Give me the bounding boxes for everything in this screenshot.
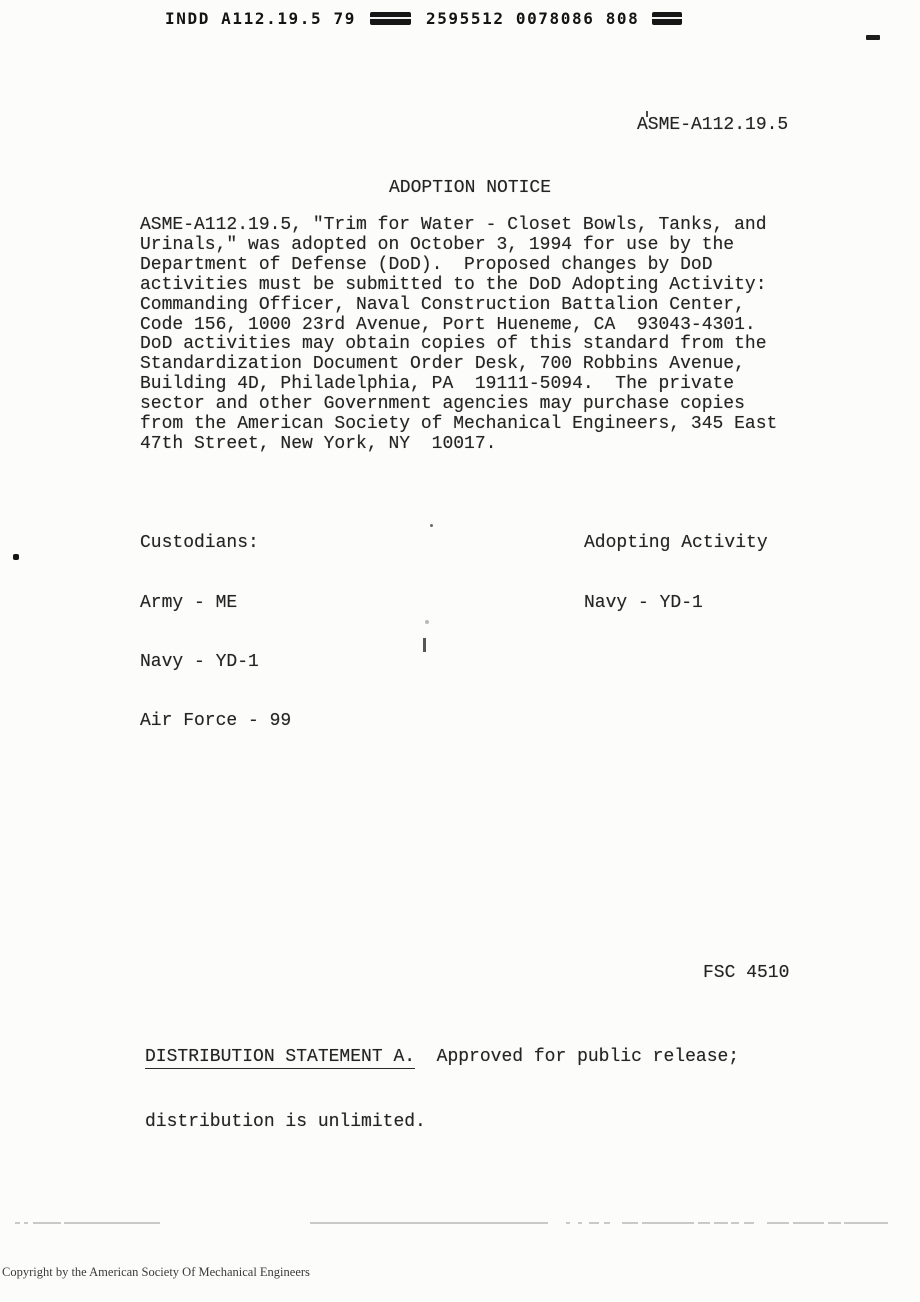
- custodians-heading: Custodians:: [140, 534, 291, 554]
- distribution-statement-label: DISTRIBUTION STATEMENT A.: [145, 1047, 415, 1069]
- rule-segment: [744, 1222, 754, 1224]
- rule-segment: [714, 1222, 728, 1224]
- scan-artifact-mark: [423, 638, 426, 652]
- rule-segment: [589, 1222, 599, 1224]
- rule-segment: [731, 1222, 739, 1224]
- rule-segment: [566, 1222, 570, 1224]
- rule-segment: [310, 1222, 548, 1224]
- rule-segment: [24, 1222, 28, 1224]
- custodian-item: Air Force - 99: [140, 712, 291, 732]
- scanned-document-page: INDD A112.19.5 79 2595512 0078086 808 AS…: [0, 0, 920, 1302]
- distribution-statement: DISTRIBUTION STATEMENT A. Approved for p…: [145, 1003, 739, 1177]
- scan-artifact-dot: [13, 554, 19, 560]
- rule-segment: [33, 1222, 61, 1224]
- custodians-block: Custodians: Army - ME Navy - YD-1 Air Fo…: [140, 495, 291, 771]
- distribution-statement-line2: distribution is unlimited.: [145, 1112, 739, 1134]
- scan-barcode-mark-icon: [652, 12, 682, 25]
- scan-header-strip: INDD A112.19.5 79 2595512 0078086 808: [165, 9, 682, 28]
- distribution-statement-rest: Approved for public release;: [415, 1047, 739, 1067]
- distribution-statement-line1: DISTRIBUTION STATEMENT A. Approved for p…: [145, 1047, 739, 1069]
- rule-segment: [622, 1222, 638, 1224]
- adopting-activity-block: Adopting Activity Navy - YD-1: [584, 495, 768, 653]
- scan-artifact-dot: [425, 620, 429, 624]
- custodian-item: Navy - YD-1: [140, 653, 291, 673]
- rule-segment: [578, 1222, 582, 1224]
- rule-segment: [64, 1222, 160, 1224]
- rule-segment: [828, 1222, 841, 1224]
- custodian-item: Army - ME: [140, 594, 291, 614]
- scan-artifact-dot: [430, 524, 433, 527]
- scan-artifact-tick: [646, 111, 648, 117]
- fsc-code: FSC 4510: [703, 963, 789, 983]
- rule-segment: [698, 1222, 710, 1224]
- adopting-activity-heading: Adopting Activity: [584, 534, 768, 554]
- rule-segment: [793, 1222, 824, 1224]
- scan-barcode-mark-icon: [370, 12, 411, 25]
- rule-segment: [604, 1222, 610, 1224]
- scan-artifact-dash: [866, 35, 880, 40]
- document-number: ASME-A112.19.5: [637, 115, 788, 135]
- rule-segment: [15, 1222, 20, 1224]
- copyright-line: Copyright by the American Society Of Mec…: [2, 1265, 310, 1280]
- adoption-notice-body: ASME-A112.19.5, "Trim for Water - Closet…: [140, 216, 777, 455]
- scan-header-numbers: 2595512 0078086 808: [426, 9, 639, 28]
- rule-segment: [767, 1222, 789, 1224]
- rule-segment: [642, 1222, 694, 1224]
- scan-header-code: INDD A112.19.5 79: [165, 9, 356, 28]
- adopting-activity-item: Navy - YD-1: [584, 594, 768, 614]
- page-title: ADOPTION NOTICE: [389, 178, 551, 198]
- rule-segment: [844, 1222, 888, 1224]
